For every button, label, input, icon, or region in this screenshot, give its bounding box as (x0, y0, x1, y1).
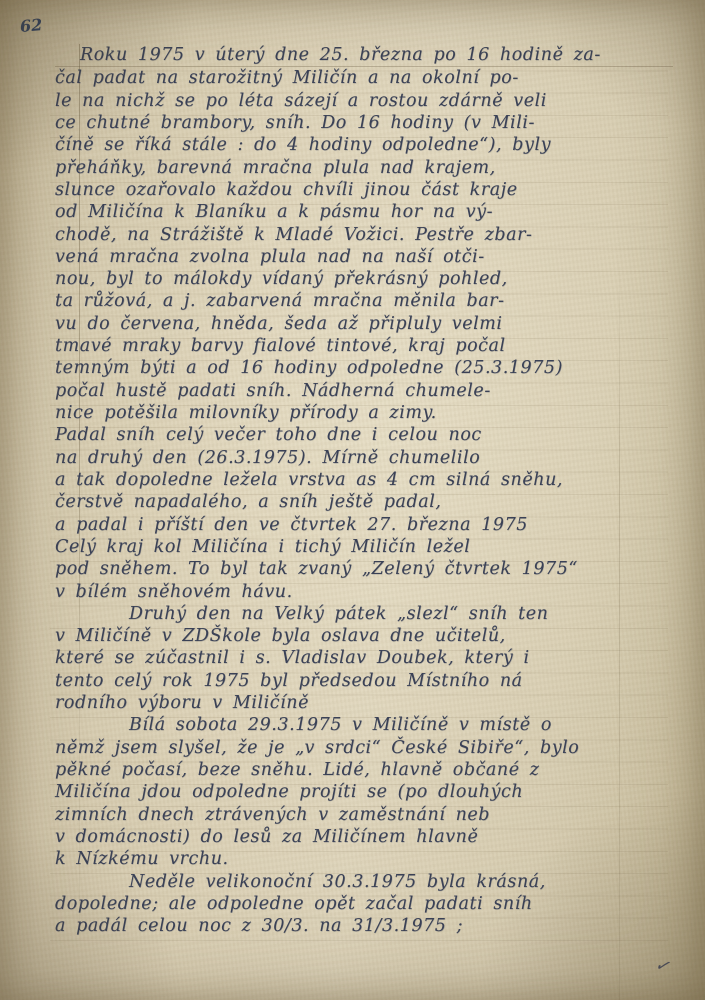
text-line: k Nízkému vrchu. (55, 848, 673, 870)
text-line: slunce ozařovalo každou chvíli jinou čás… (55, 179, 673, 201)
text-line: Celý kraj kol Miličína i tichý Miličín l… (55, 536, 673, 558)
text-line: a padal i příští den ve čtvrtek 27. břez… (55, 514, 673, 536)
text-line: v bílém sněhovém hávu. (55, 581, 673, 603)
text-line: Roku 1975 v úterý dne 25. března po 16 h… (55, 44, 673, 67)
text-line: vu do červena, hněda, šeda až připluly v… (55, 313, 673, 335)
text-line: němž jsem slyšel, že je „v srdci“ České … (55, 737, 673, 759)
text-line: číně se říká stále : do 4 hodiny odpoled… (55, 134, 673, 156)
text-line: na druhý den (26.3.1975). Mírně chumelil… (55, 447, 673, 469)
text-line: v Miličíně v ZDŠkole byla oslava dne uči… (55, 625, 673, 647)
text-line: nou, byl to málokdy vídaný překrásný poh… (55, 268, 673, 290)
text-line: ce chutné brambory, sníh. Do 16 hodiny (… (55, 112, 673, 134)
text-line: pod sněhem. To byl tak zvaný „Zelený čtv… (55, 558, 673, 580)
text-line: které se zúčastnil i s. Vladislav Doubek… (55, 647, 673, 669)
manuscript-text: Roku 1975 v úterý dne 25. března po 16 h… (55, 44, 673, 938)
text-line: čal padat na starožitný Miličín a na oko… (55, 67, 673, 89)
text-line: dopoledne; ale odpoledne opět začal pada… (55, 893, 673, 915)
text-line: a tak dopoledne ležela vrstva as 4 cm si… (55, 469, 673, 491)
text-line: le na nichž se po léta sázejí a rostou z… (55, 90, 673, 112)
text-line: nice potěšila milovníky přírody a zimy. (55, 402, 673, 424)
text-line: pěkné počasí, beze sněhu. Lidé, hlavně o… (55, 759, 673, 781)
text-line: chodě, na Strážiště k Mladé Vožici. Pest… (55, 224, 673, 246)
text-line: přeháňky, barevná mračna plula nad kraje… (55, 157, 673, 179)
page-number: 62 (19, 15, 43, 36)
text-line: zimních dnech ztrávených v zaměstnání ne… (55, 804, 673, 826)
tick-mark: ✓ (653, 955, 672, 978)
text-line: a padál celou noc z 30/3. na 31/3.1975 ; (55, 915, 673, 937)
text-line: vená mračna zvolna plula nad na naší otč… (55, 246, 673, 268)
text-line: ta růžová, a j. zabarvená mračna měnila … (55, 290, 673, 312)
chronicle-page-photo: 62 Roku 1975 v úterý dne 25. března po 1… (0, 0, 705, 1000)
text-line: Druhý den na Velký pátek „slezl“ sníh te… (55, 603, 673, 625)
text-line: Neděle velikonoční 30.3.1975 byla krásná… (55, 871, 673, 893)
text-line: v domácnosti) do lesů za Miličínem hlavn… (55, 826, 673, 848)
text-line: tento celý rok 1975 byl předsedou Místní… (55, 670, 673, 692)
text-line: od Miličína k Blaníku a k pásmu hor na v… (55, 201, 673, 223)
text-line: počal hustě padati sníh. Nádherná chumel… (55, 380, 673, 402)
text-line: rodního výboru v Miličíně (55, 692, 673, 714)
text-line: čerstvě napadalého, a sníh ještě padal, (55, 491, 673, 513)
text-line: tmavé mraky barvy fialové tintové, kraj … (55, 335, 673, 357)
text-line: Miličína jdou odpoledne projíti se (po d… (55, 781, 673, 803)
text-line: Padal sníh celý večer toho dne i celou n… (55, 424, 673, 446)
text-line: Bílá sobota 29.3.1975 v Miličíně v místě… (55, 714, 673, 736)
text-line: temným býti a od 16 hodiny odpoledne (25… (55, 357, 673, 379)
